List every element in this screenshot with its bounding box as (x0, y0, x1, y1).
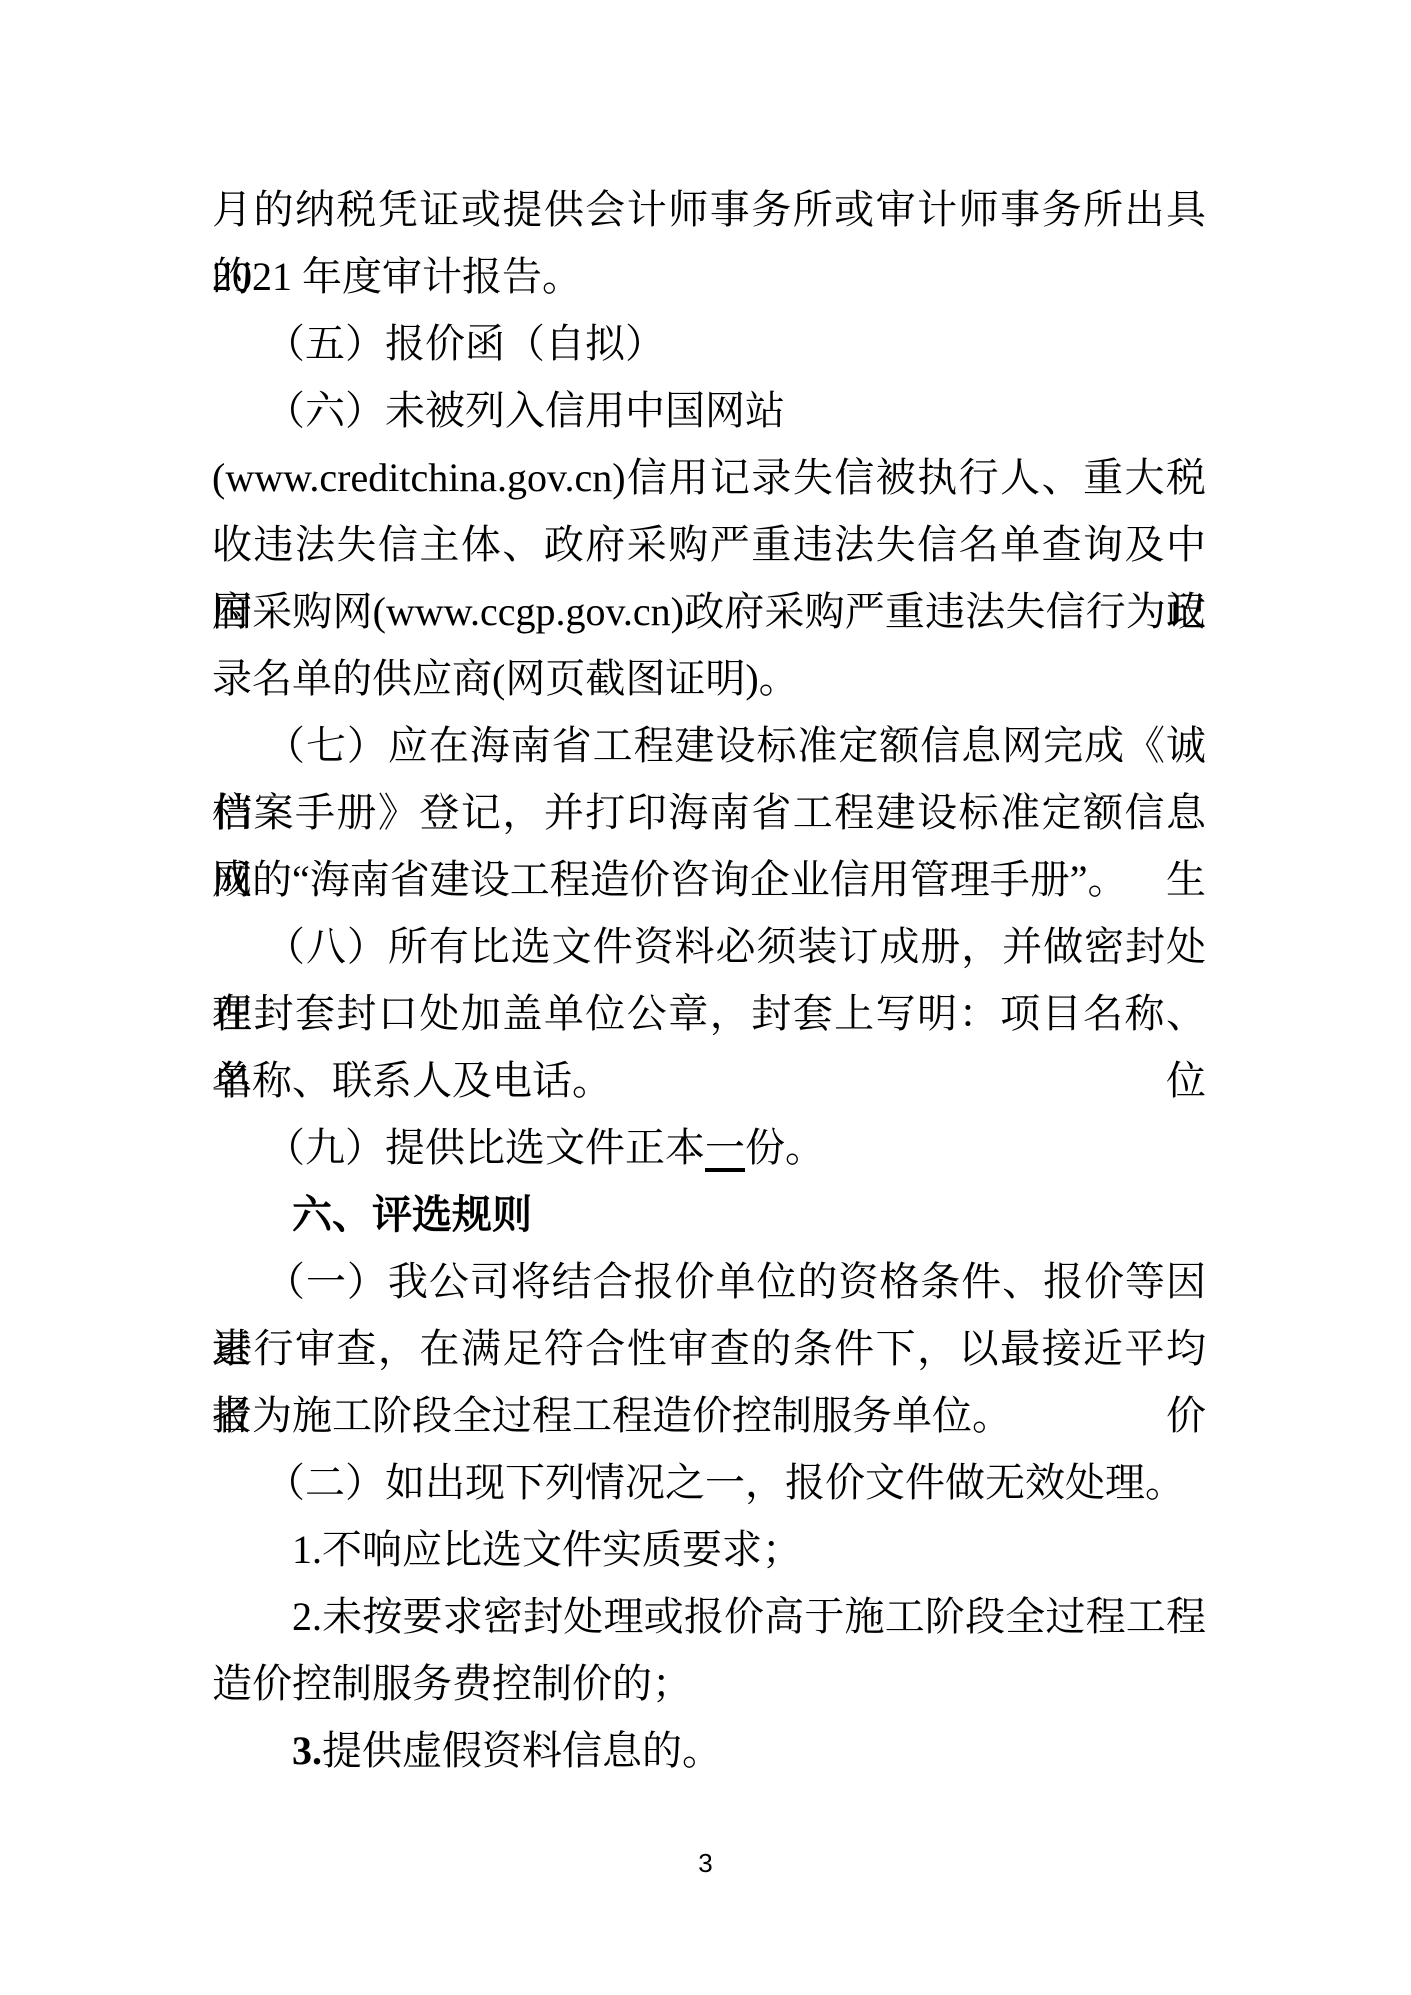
page-number: 3 (0, 1848, 1411, 1878)
text-line: （八）所有比选文件资料必须装订成册，并做密封处理 (212, 913, 1206, 980)
list-item: 3.提供虚假资料信息的。 (212, 1717, 1206, 1784)
list-number: 3. (292, 1728, 322, 1773)
text-line: 月的纳税凭证或提供会计师事务所或审计师事务所出具的 (212, 176, 1206, 243)
text-line: （九）提供比选文件正本一份。 (212, 1114, 1206, 1181)
text-line: （二）如出现下列情况之一，报价文件做无效处理。 (212, 1449, 1206, 1516)
list-item: 1.不响应比选文件实质要求； (212, 1516, 1206, 1583)
text-segment: 份。 (745, 1125, 825, 1170)
text-line: （五）报价函（自拟） (212, 310, 1206, 377)
section-heading: 六、评选规则 (212, 1181, 1206, 1248)
text-line: 进行审查，在满足符合性审查的条件下，以最接近平均报价 (212, 1315, 1206, 1382)
document-body: 月的纳税凭证或提供会计师事务所或审计师事务所出具的 2021 年度审计报告。 （… (212, 176, 1206, 1784)
text-segment: （九）提供比选文件正本 (265, 1125, 705, 1170)
text-line: （六）未被列入信用中国网站 (212, 377, 1206, 444)
text-line: 录名单的供应商(网页截图证明)。 (212, 645, 1206, 712)
text-line-url: (www.creditchina.gov.cn)信用记录失信被执行人、重大税 (212, 444, 1206, 511)
text-line: 档案手册》登记，并打印海南省工程建设标准定额信息网生 (212, 779, 1206, 846)
list-item: 2.未按要求密封处理或报价高于施工阶段全过程工程 (212, 1583, 1206, 1650)
text-line: 在封套封口处加盖单位公章，封套上写明：项目名称、单位 (212, 980, 1206, 1047)
text-line: 造价控制服务费控制价的； (212, 1650, 1206, 1717)
text-line: 成的“海南省建设工程造价咨询企业信用管理手册”。 (212, 846, 1206, 913)
text-line: 2021 年度审计报告。 (212, 243, 1206, 310)
text-line: （七）应在海南省工程建设标准定额信息网完成《诚信 (212, 712, 1206, 779)
text-line: （一）我公司将结合报价单位的资格条件、报价等因素 (212, 1248, 1206, 1315)
underlined-text: 一 (705, 1125, 745, 1170)
text-line-url: 府采购网(www.ccgp.gov.cn)政府采购严重违法失信行为记 (212, 578, 1206, 645)
text-line: 收违法失信主体、政府采购严重违法失信名单查询及中国政 (212, 511, 1206, 578)
document-page: 月的纳税凭证或提供会计师事务所或审计师事务所出具的 2021 年度审计报告。 （… (0, 0, 1411, 1995)
text-segment: 提供虚假资料信息的。 (322, 1728, 722, 1773)
